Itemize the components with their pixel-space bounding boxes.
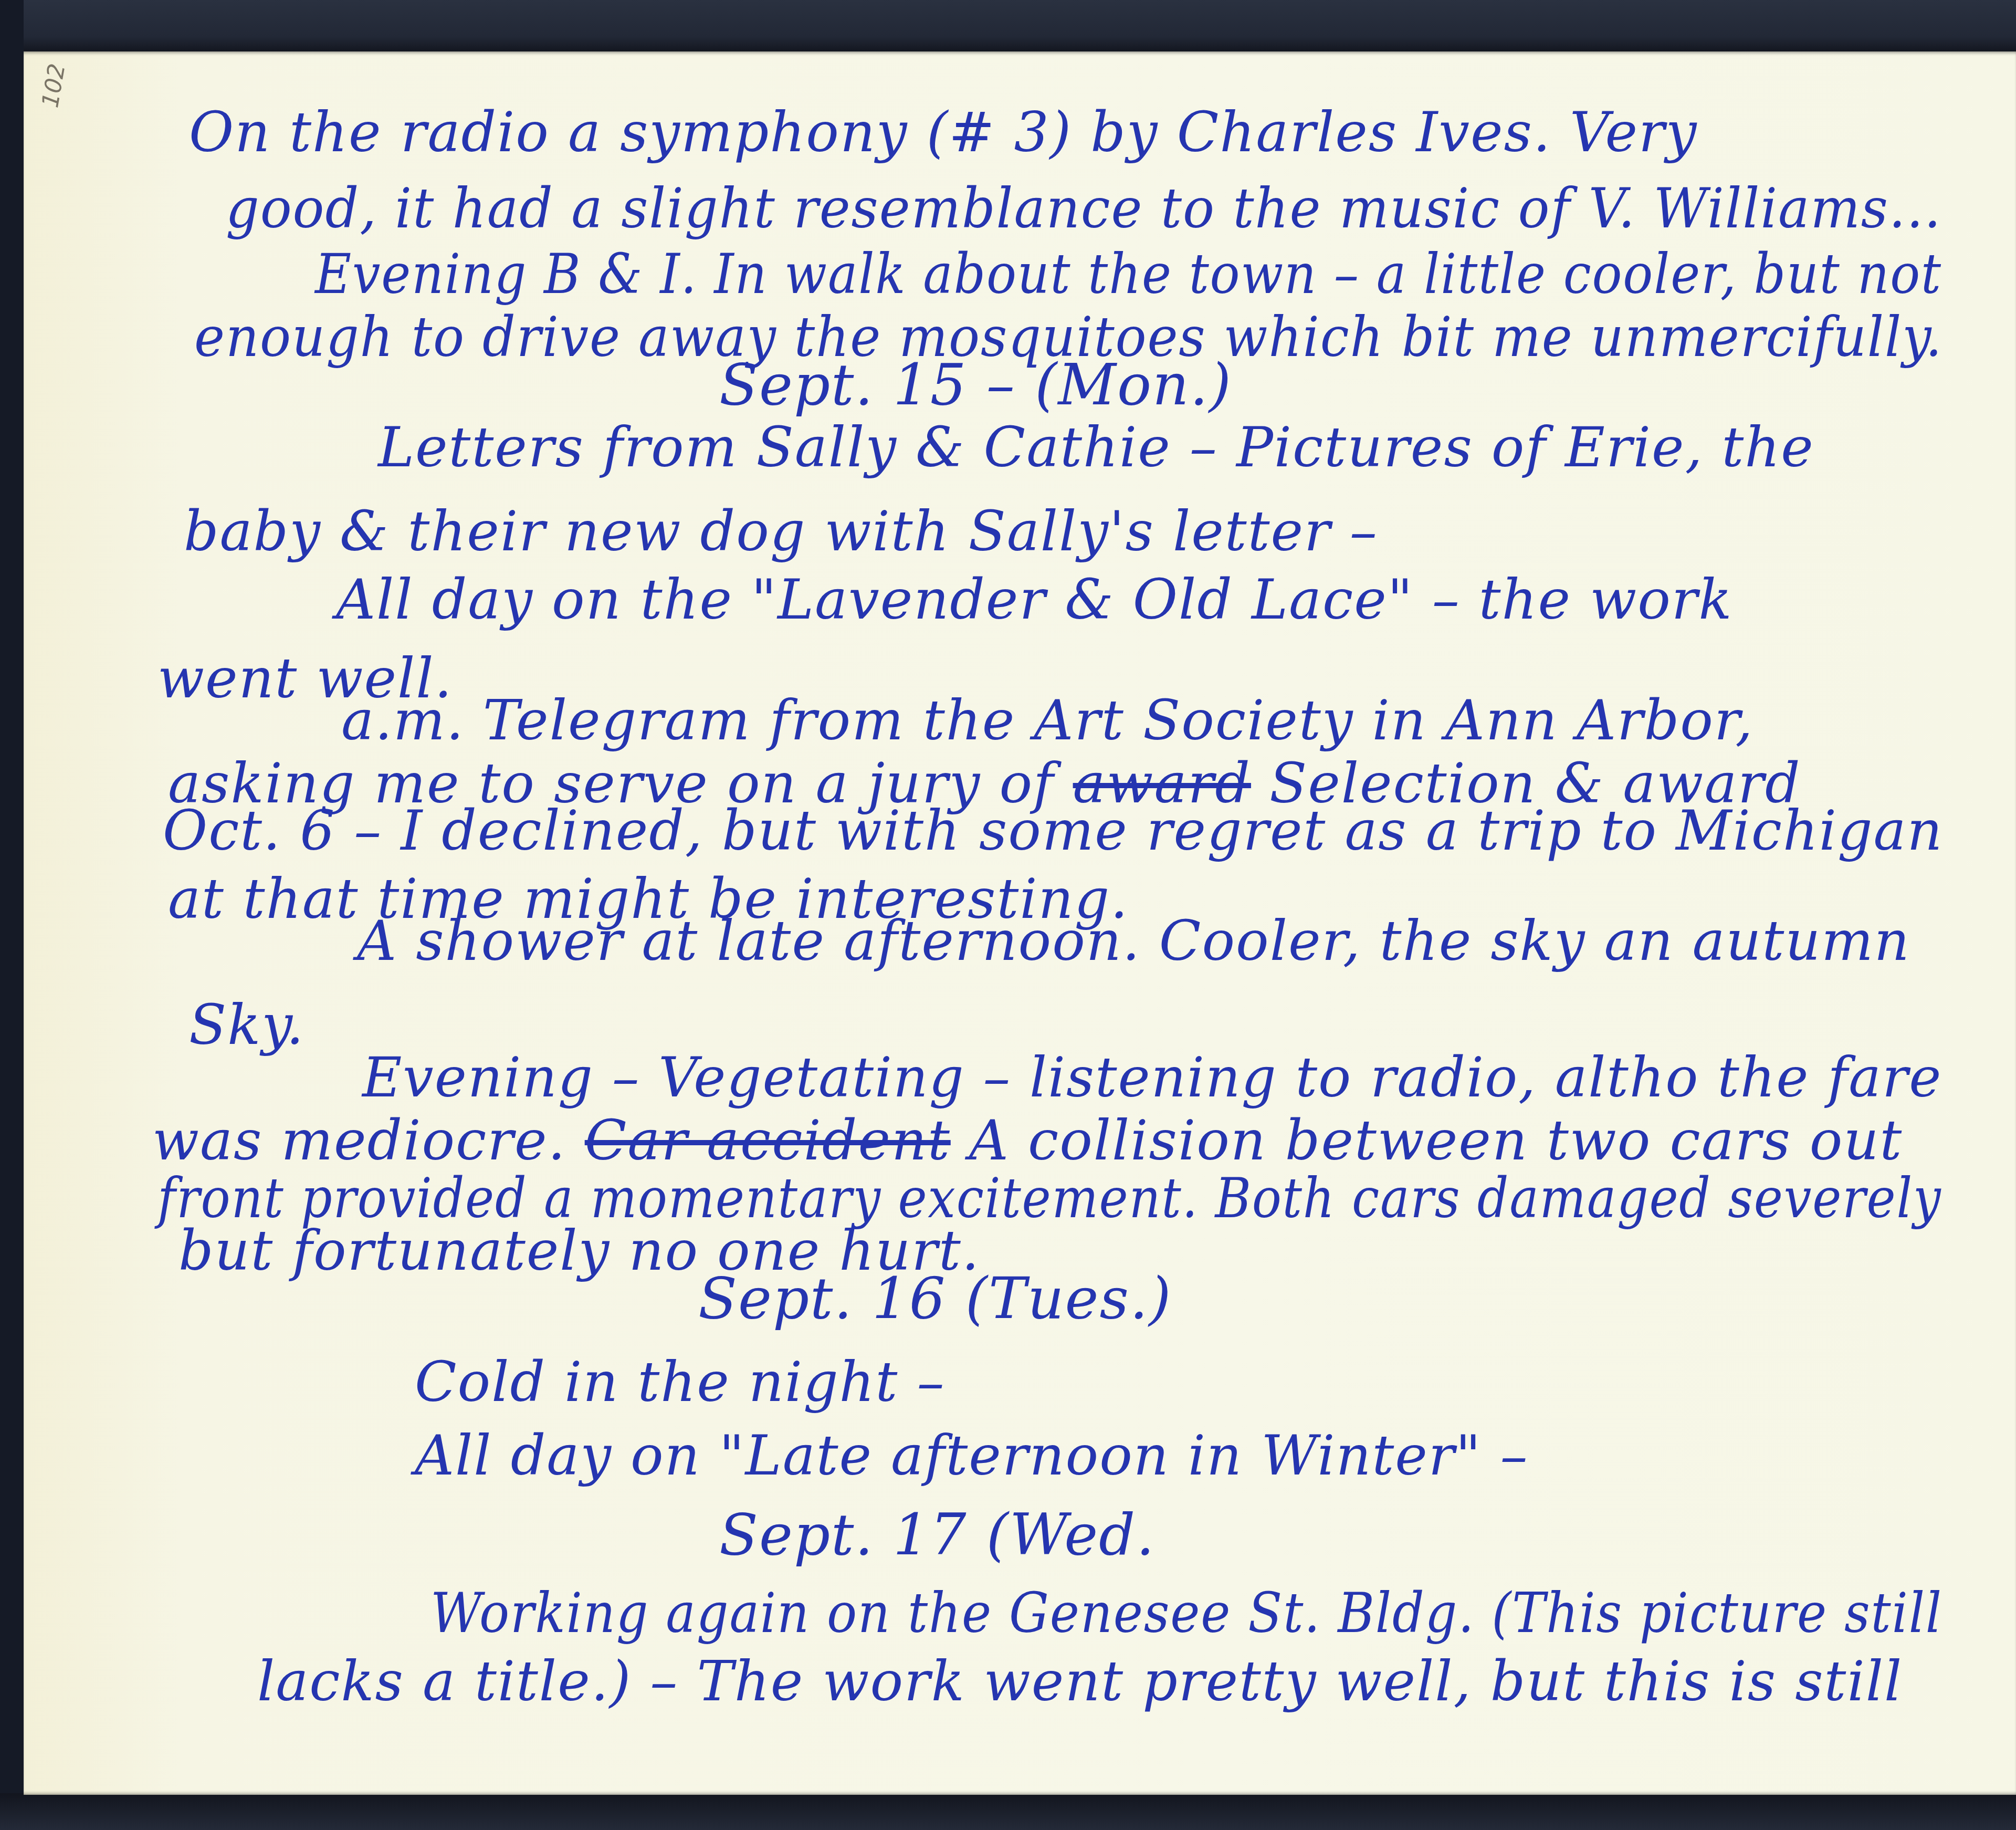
scan-border-bottom: [0, 1793, 2016, 1830]
diary-line: Evening – Vegetating – listening to radi…: [362, 1050, 1942, 1105]
diary-line: good, it had a slight resemblance to the…: [226, 181, 1942, 236]
date-heading: Sept. 17 (Wed.: [719, 1507, 1156, 1564]
diary-line: lacks a title.) – The work went pretty w…: [257, 1654, 1903, 1709]
diary-line: Evening B & I. In walk about the town – …: [315, 247, 1942, 301]
scan-border-left: [0, 0, 24, 1830]
diary-line: All day on the "Lavender & Old Lace" – t…: [336, 572, 1733, 627]
diary-line: Cold in the night –: [415, 1355, 945, 1409]
diary-line: baby & their new dog with Sally's letter…: [184, 504, 1378, 559]
diary-line: was mediocre. Car accident A collision b…: [152, 1113, 1903, 1168]
diary-line: Oct. 6 – I declined, but with some regre…: [163, 803, 1943, 858]
date-heading: Sept. 15 – (Mon.): [719, 357, 1232, 414]
date-heading: Sept. 16 (Tues.): [698, 1271, 1172, 1327]
diary-line: front provided a momentary excitement. B…: [157, 1171, 1941, 1226]
diary-line: A shower at late afternoon. Cooler, the …: [357, 914, 1910, 968]
scan-border-top: [0, 0, 2016, 53]
diary-line: On the radio a symphony (# 3) by Charles…: [189, 105, 1698, 160]
diary-line: a.m. Telegram from the Art Society in An…: [341, 693, 1753, 748]
diary-line: Working again on the Genesee St. Bldg. (…: [430, 1586, 1942, 1640]
struck-out-word: Car accident: [585, 1109, 951, 1173]
diary-line: Sky.: [189, 998, 304, 1052]
diary-line: All day on "Late afternoon in Winter" –: [415, 1428, 1528, 1483]
diary-line: Letters from Sally & Cathie – Pictures o…: [378, 420, 1814, 475]
